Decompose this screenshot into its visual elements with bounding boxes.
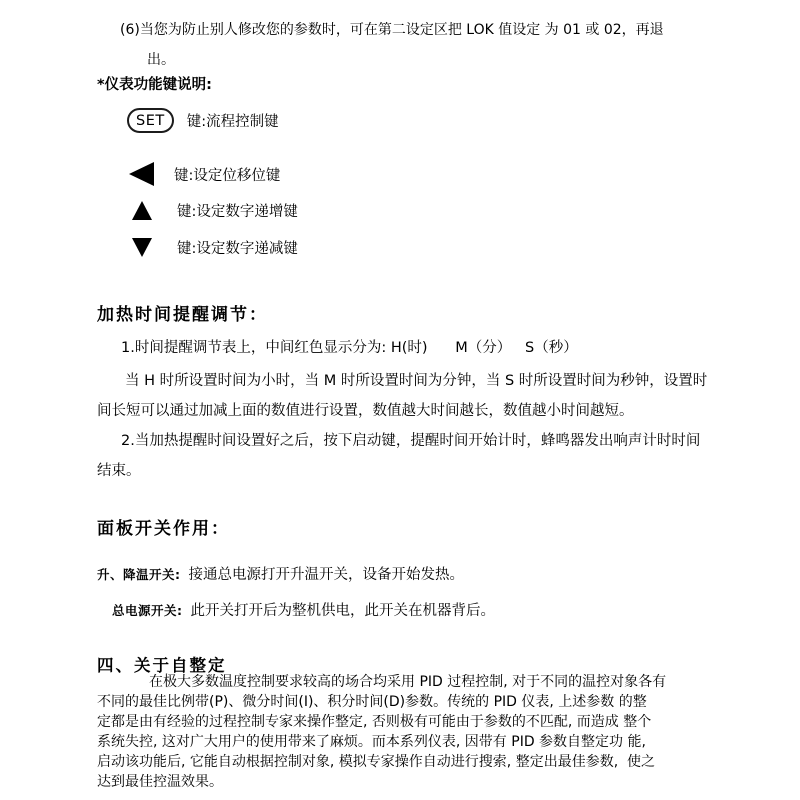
document-page: (6)当您为防止别人修改您的参数时，可在第二设定区把 LOK 值设定 为 01 … — [0, 0, 800, 800]
down-triangle-icon — [132, 238, 152, 257]
heating-reminder-paragraph: 当 H 时所设置时间为小时，当 M 时所设置时间为分钟，当 S 时所设置时间为秒… — [97, 366, 707, 426]
increment-key-row: 键:设定数字递增键 — [132, 200, 298, 221]
decrement-key-description: 键:设定数字递减键 — [177, 237, 298, 258]
main-power-switch-row: 总电源开关: 此开关打开后为整机供电，此开关在机器背后。 — [112, 599, 495, 620]
shift-key-row: 键:设定位移位键 — [129, 162, 280, 186]
increment-key-description: 键:设定数字递增键 — [177, 200, 298, 221]
main-power-switch-description: 此开关打开后为整机供电，此开关在机器背后。 — [191, 599, 496, 620]
function-keys-heading: *仪表功能键说明: — [97, 73, 212, 94]
temp-switch-row: 升、降温开关: 接通总电源打开升温开关，设备开始发热。 — [97, 563, 464, 584]
panel-switch-heading: 面板开关作用： — [97, 514, 230, 539]
left-triangle-icon — [129, 162, 154, 186]
paragraph-lock-note: (6)当您为防止别人修改您的参数时，可在第二设定区把 LOK 值设定 为 01 … — [147, 15, 664, 75]
temp-switch-description: 接通总电源打开升温开关，设备开始发热。 — [189, 563, 465, 584]
self-tuning-paragraph: 在极大多数温度控制要求较高的场合均采用 PID 过程控制, 对于不同的温控对象各… — [97, 672, 666, 792]
set-key-description: 键:流程控制键 — [187, 110, 279, 131]
decrement-key-row: 键:设定数字递减键 — [132, 237, 298, 258]
heating-reminder-item-2: 2.当加热提醒时间设置好之后，按下启动键，提醒时间开始计时，蜂鸣器发出响声计时时… — [97, 426, 700, 486]
set-key-button: SET — [127, 108, 174, 133]
up-triangle-icon — [132, 201, 152, 220]
shift-key-description: 键:设定位移位键 — [174, 164, 280, 185]
temp-switch-label: 升、降温开关: — [97, 565, 181, 583]
main-power-switch-label: 总电源开关: — [112, 601, 183, 619]
heating-reminder-item-1: 1.时间提醒调节表上，中间红色显示分为: H(时) M（分） S（秒） — [121, 336, 578, 357]
heating-reminder-heading: 加热时间提醒调节： — [97, 300, 268, 325]
set-key-row: SET 键:流程控制键 — [127, 108, 279, 133]
